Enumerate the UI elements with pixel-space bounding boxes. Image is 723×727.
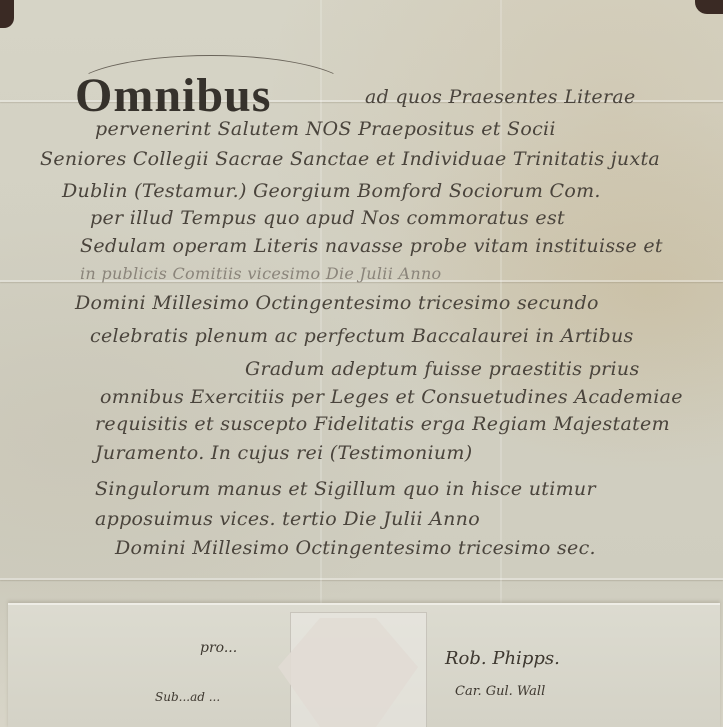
text-line: Singulorum manus et Sigillum quo in hisc… — [95, 478, 596, 500]
fold-crease — [0, 578, 723, 580]
signature-left-bottom: Sub...ad ... — [155, 690, 220, 704]
text-line: per illud Tempus quo apud Nos commoratus… — [90, 207, 565, 229]
text-line: Dublin (Testamur.) Georgium Bomford Soci… — [62, 180, 601, 202]
text-line: Sedulam operam Literis navasse probe vit… — [80, 235, 663, 257]
text-line-faded: in publicis Comitiis vicesimo Die Julii … — [80, 264, 442, 283]
text-line: requisitis et suscepto Fidelitatis erga … — [95, 413, 670, 435]
text-line: Domini Millesimo Octingentesimo tricesim… — [115, 537, 596, 559]
background-edge — [0, 0, 14, 28]
text-line: Juramento. In cujus rei (Testimonium) — [95, 442, 472, 464]
signature-right-top: Rob. Phipps. — [445, 648, 560, 669]
text-line: pervenerint Salutem NOS Praepositus et S… — [95, 118, 556, 140]
text-line: Gradum adeptum fuisse praestitis prius — [245, 358, 640, 380]
text-line: Domini Millesimo Octingentesimo tricesim… — [75, 292, 599, 314]
flourish-ornament — [70, 55, 352, 127]
text-line: ad quos Praesentes Literae — [365, 86, 636, 108]
text-line: apposuimus vices. tertio Die Julii Anno — [95, 508, 480, 530]
text-line: Seniores Collegii Sacrae Sanctae et Indi… — [40, 148, 660, 170]
signature-right-bottom: Car. Gul. Wall — [455, 684, 545, 699]
text-line: celebratis plenum ac perfectum Baccalaur… — [90, 325, 634, 347]
text-line: omnibus Exercitiis per Leges et Consuetu… — [100, 386, 683, 408]
signature-left-top: pro... — [200, 640, 237, 656]
